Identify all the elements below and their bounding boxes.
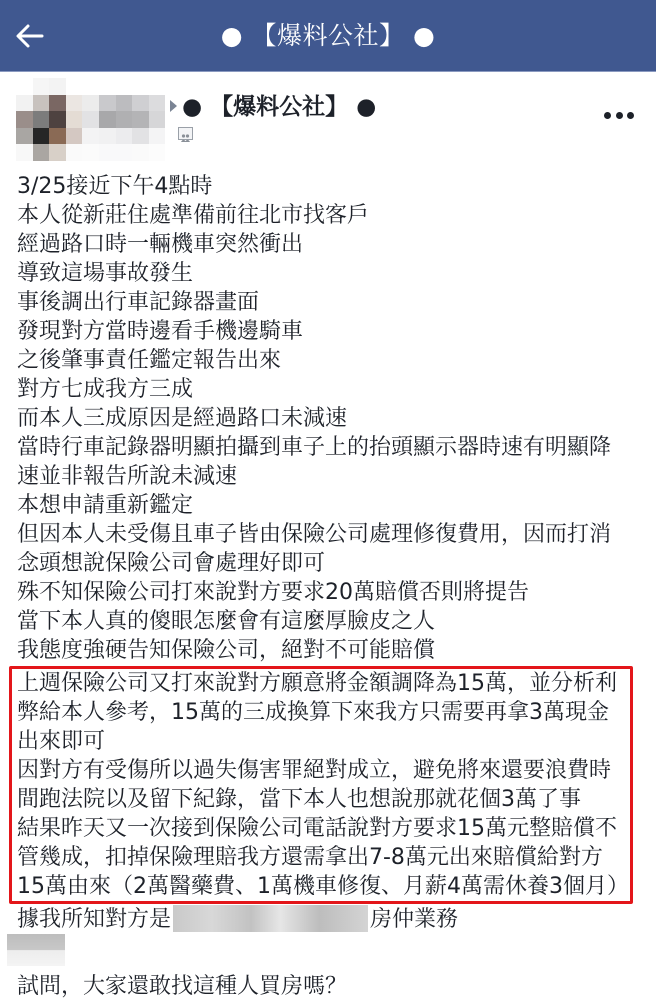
post-line: 當時行車記錄器明顯拍攝到車子上的抬頭顯示器時速有明顯降 bbox=[17, 433, 647, 462]
group-name-link[interactable]: ● 【爆料公社】 ● bbox=[182, 92, 376, 122]
post-line: 經過路口時一輛機車突然衝出 bbox=[17, 230, 647, 259]
post-line: 當下本人真的傻眼怎麼會有這麼厚臉皮之人 bbox=[17, 607, 647, 636]
post-line: 速並非報告所說未減速 bbox=[17, 462, 647, 491]
more-dot bbox=[627, 112, 634, 119]
highlighted-line: 出來即可 bbox=[17, 727, 630, 756]
post-line: 導致這場事故發生 bbox=[17, 259, 647, 288]
highlighted-line: 因對方有受傷所以過失傷害罪絕對成立，避免將來還要浪費時 bbox=[17, 756, 630, 785]
more-options-button[interactable] bbox=[604, 110, 634, 120]
post-line: 試問，大家還敢找這種人買房嗎？ bbox=[17, 972, 647, 998]
group-members-icon bbox=[178, 127, 193, 140]
highlighted-line: 15萬由來（2萬醫藥費、1萬機車修復、月薪4萬需休養3個月） bbox=[17, 872, 630, 901]
page-title: ● 【爆料公社】 ● bbox=[0, 19, 656, 53]
post-line: 據我所知對方是房仲業務 bbox=[17, 905, 647, 934]
highlighted-line: 管幾成，扣掉保險理賠我方還需拿出7-8萬元出來賠償給對方 bbox=[17, 843, 630, 872]
more-horizontal-icon bbox=[604, 112, 611, 119]
post-line: 我態度強硬告知保險公司，絕對不可能賠償 bbox=[17, 636, 647, 665]
post-line: 但因本人未受傷且車子皆由保險公司處理修復費用，因而打消 bbox=[17, 520, 647, 549]
post-line: 發現對方當時邊看手機邊騎車 bbox=[17, 317, 647, 346]
redacted-company bbox=[173, 905, 368, 932]
post-line: 念頭想說保險公司會處理好即可 bbox=[17, 549, 647, 578]
post-line: 殊不知保險公司打來說對方要求20萬賠償否則將提告 bbox=[17, 578, 647, 607]
redacted-text bbox=[7, 934, 65, 966]
post-line: 3/25接近下午4點時 bbox=[17, 172, 647, 201]
more-dot bbox=[616, 112, 623, 119]
post-body: 3/25接近下午4點時 本人從新莊住處準備前往北市找客戶 經過路口時一輛機車突然… bbox=[17, 172, 647, 998]
highlighted-line: 結果昨天又一次接到保險公司電話說對方要求15萬元整賠償不 bbox=[17, 814, 630, 843]
avatar-blurred[interactable] bbox=[16, 78, 166, 150]
highlighted-line: 間跑法院以及留下紀錄，當下本人也想說那就花個3萬了事 bbox=[17, 785, 630, 814]
top-app-bar: ● 【爆料公社】 ● bbox=[0, 0, 656, 72]
post-line bbox=[17, 934, 647, 972]
post-line: 之後肇事責任鑑定報告出來 bbox=[17, 346, 647, 375]
highlighted-line: 上週保險公司又打來說對方願意將金額調降為15萬，並分析利 bbox=[17, 669, 630, 698]
caret-right-icon bbox=[170, 100, 177, 112]
post-line: 事後調出行車記錄器畫面 bbox=[17, 288, 647, 317]
post-line: 而本人三成原因是經過路口未減速 bbox=[17, 404, 647, 433]
highlighted-passage: 上週保險公司又打來說對方願意將金額調降為15萬，並分析利 弊給本人參考，15萬的… bbox=[9, 666, 633, 904]
post-line: 對方七成我方三成 bbox=[17, 375, 647, 404]
post-line: 本人從新莊住處準備前往北市找客戶 bbox=[17, 201, 647, 230]
post-text: 據我所知對方是 bbox=[17, 907, 171, 932]
highlighted-line: 弊給本人參考，15萬的三成換算下來我方只需要再拿3萬現金 bbox=[17, 698, 630, 727]
post-line: 本想申請重新鑑定 bbox=[17, 491, 647, 520]
post-text: 房仲業務 bbox=[370, 907, 458, 932]
post-header: ● 【爆料公社】 ● bbox=[0, 72, 656, 172]
